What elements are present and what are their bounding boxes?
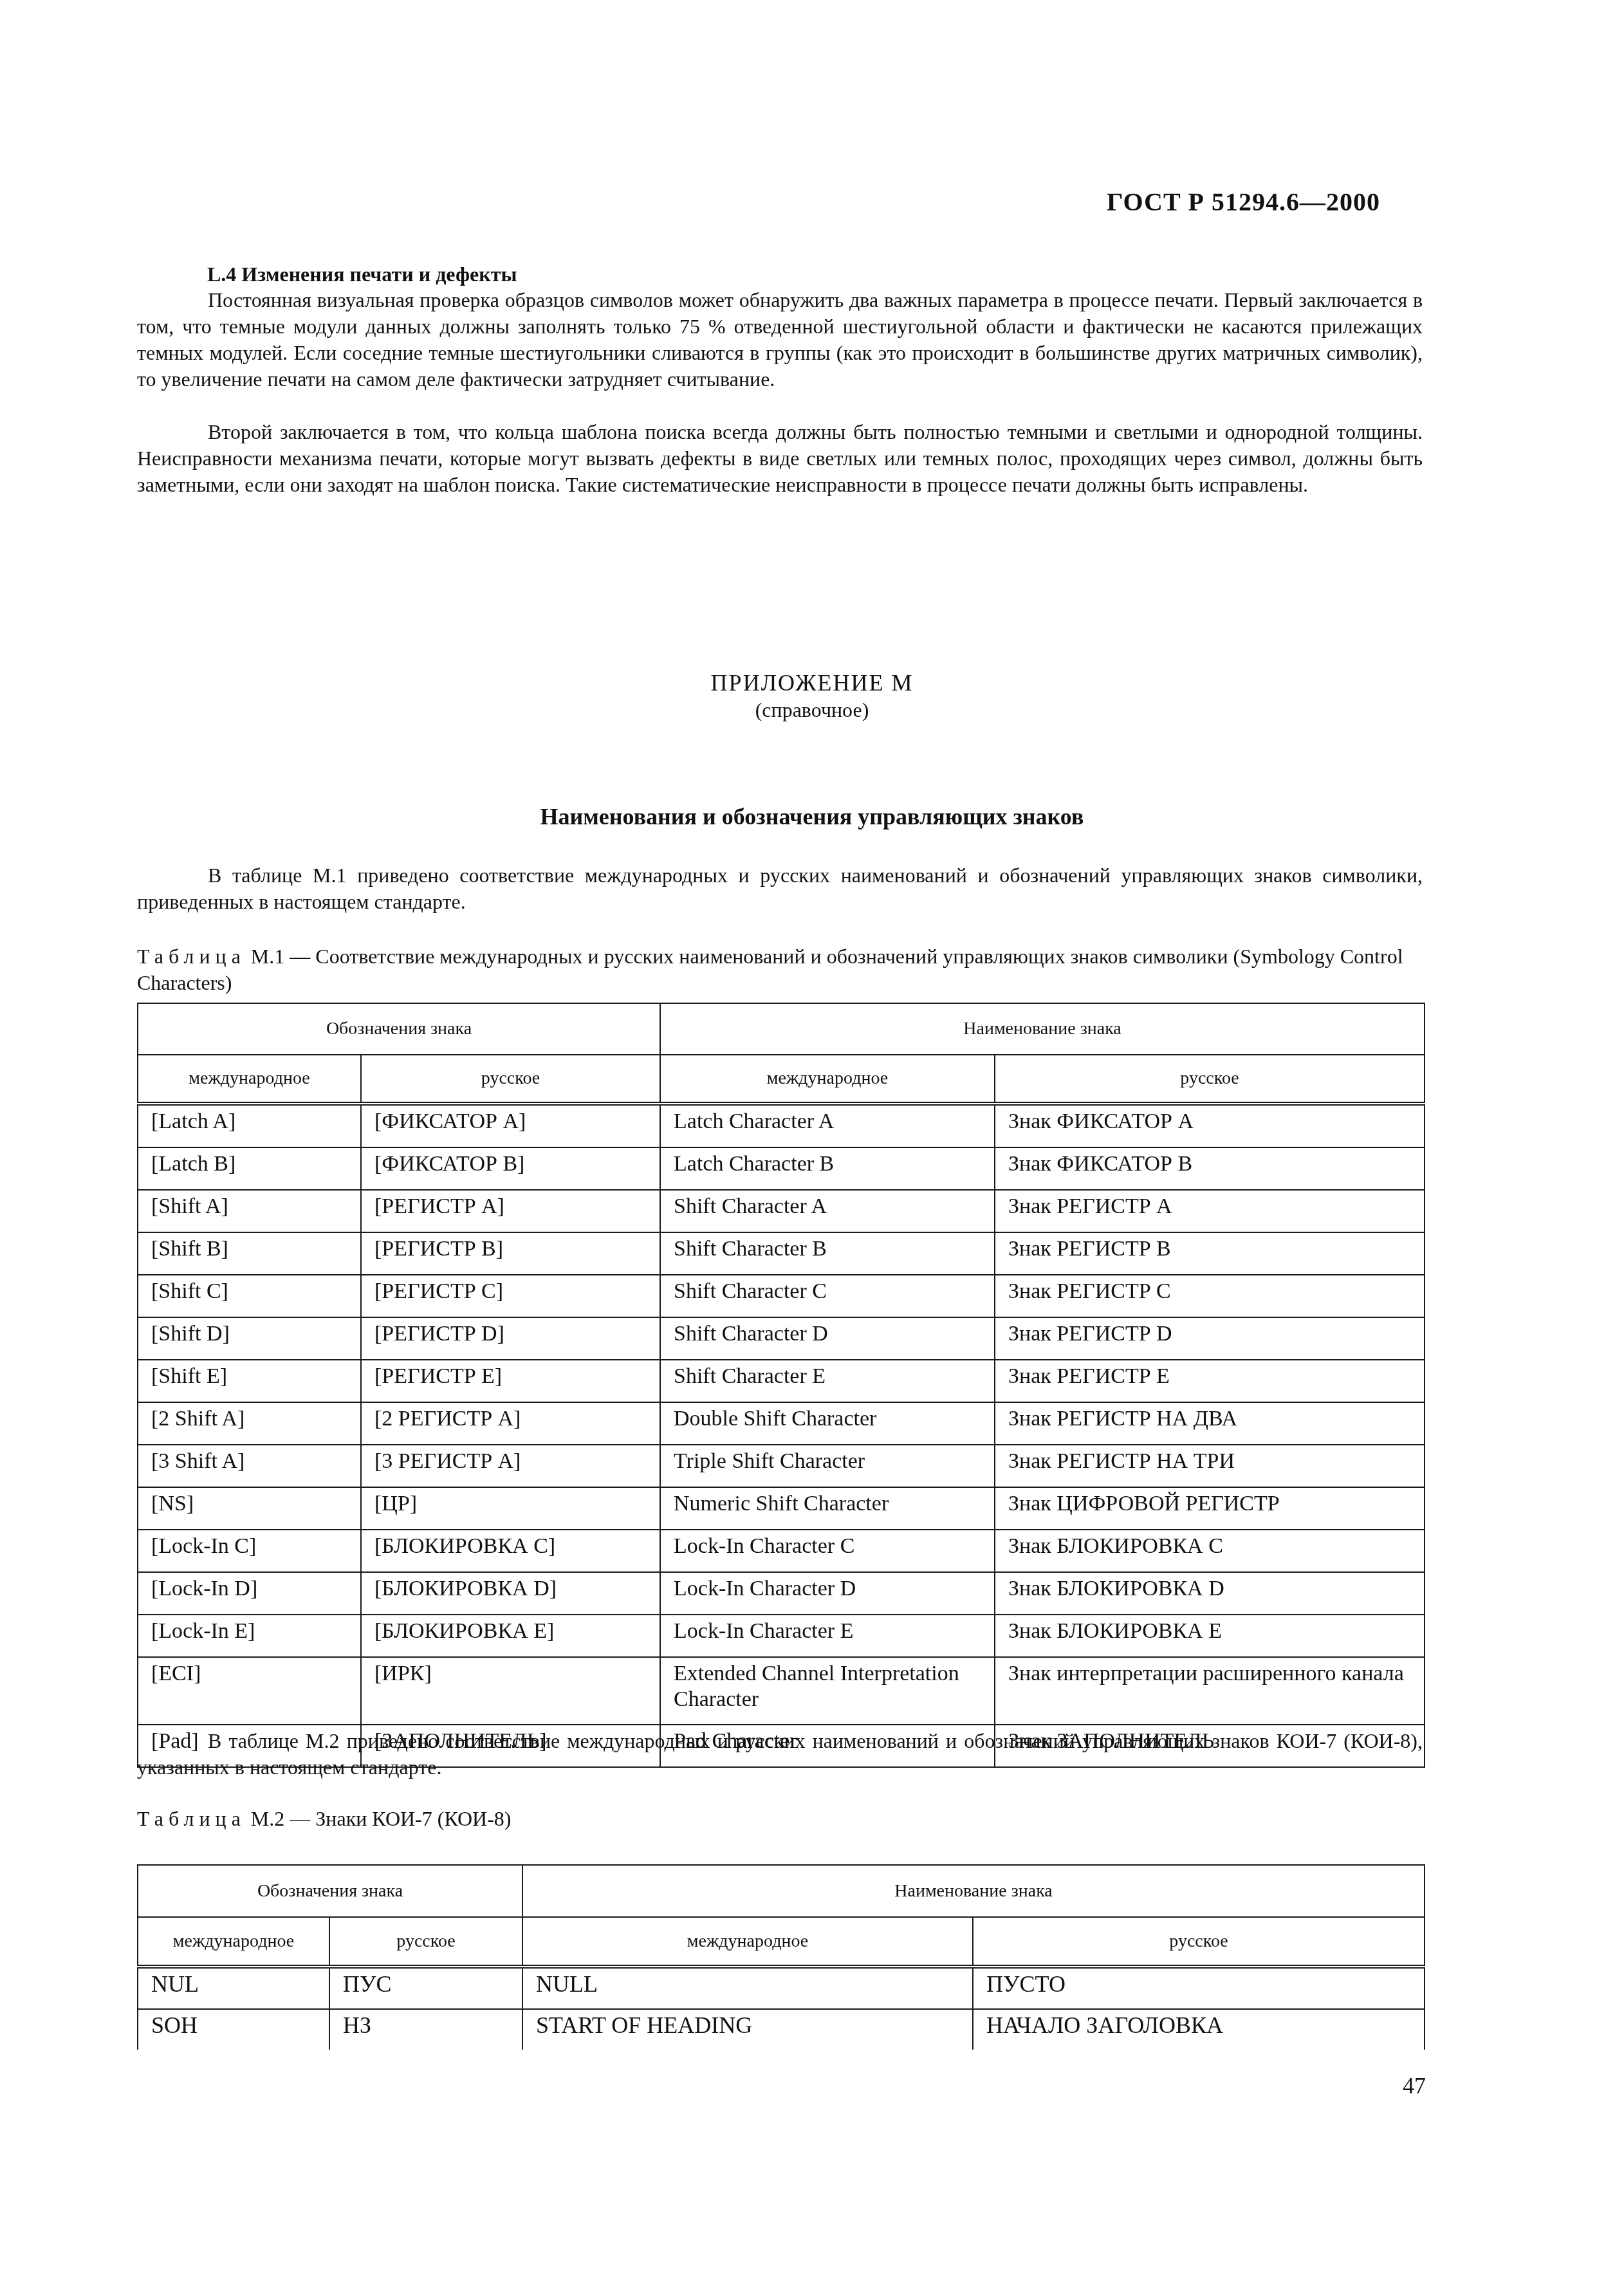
cell: Знак БЛОКИРОВКА С xyxy=(995,1530,1425,1572)
paragraph: Второй заключается в том, что кольца шаб… xyxy=(137,419,1423,498)
cell: SOH xyxy=(138,2009,329,2050)
header-cell: международное xyxy=(138,1055,361,1104)
table-row: SOHНЗSTART OF HEADINGНАЧАЛО ЗАГОЛОВКА xyxy=(138,2009,1425,2050)
cell: Shift Character A xyxy=(660,1190,995,1232)
cell: Знак РЕГИСТР НА ТРИ xyxy=(995,1445,1425,1487)
paragraph: Постоянная визуальная проверка образцов … xyxy=(137,287,1423,393)
table-row: [2 Shift A][2 РЕГИСТР А]Double Shift Cha… xyxy=(138,1402,1425,1445)
header-cell: Наименование знака xyxy=(522,1865,1425,1917)
paragraph-text: Второй заключается в том, что кольца шаб… xyxy=(137,420,1423,496)
cell: Знак ФИКСАТОР В xyxy=(995,1147,1425,1190)
cell: Знак РЕГИСТР НА ДВА xyxy=(995,1402,1425,1445)
table-row: [Shift B][РЕГИСТР В]Shift Character BЗна… xyxy=(138,1232,1425,1275)
paragraph-text: В таблице М.2 приведено соответствие меж… xyxy=(137,1729,1423,1779)
cell: Lock-In Character C xyxy=(660,1530,995,1572)
table-row: [Shift C][РЕГИСТР С]Shift Character CЗна… xyxy=(138,1275,1425,1317)
cell: Знак БЛОКИРОВКА D xyxy=(995,1572,1425,1615)
cell: Latch Character B xyxy=(660,1147,995,1190)
cell: [ФИКСАТОР А] xyxy=(361,1104,660,1147)
cell: [ECI] xyxy=(138,1657,361,1725)
cell: [Lock-In C] xyxy=(138,1530,361,1572)
cell: [NS] xyxy=(138,1487,361,1530)
table-row: [NS][ЦР]Numeric Shift CharacterЗнак ЦИФР… xyxy=(138,1487,1425,1530)
cell: [БЛОКИРОВКА С] xyxy=(361,1530,660,1572)
cell: [Shift B] xyxy=(138,1232,361,1275)
cell: [РЕГИСТР Е] xyxy=(361,1360,660,1402)
table-row: [3 Shift A][3 РЕГИСТР А]Triple Shift Cha… xyxy=(138,1445,1425,1487)
cell: [Shift C] xyxy=(138,1275,361,1317)
table-group-header: Обозначения знака Наименование знака xyxy=(138,1865,1425,1917)
cell: Lock-In Character D xyxy=(660,1572,995,1615)
table-row: [Latch A][ФИКСАТОР А]Latch Character AЗн… xyxy=(138,1104,1425,1147)
cell: Shift Character C xyxy=(660,1275,995,1317)
cell: [Lock-In D] xyxy=(138,1572,361,1615)
cell: START OF HEADING xyxy=(522,2009,973,2050)
header-cell: Обозначения знака xyxy=(138,1865,522,1917)
table-row: [Lock-In C][БЛОКИРОВКА С]Lock-In Charact… xyxy=(138,1530,1425,1572)
cell: Знак РЕГИСТР Е xyxy=(995,1360,1425,1402)
header-cell: русское xyxy=(329,1917,522,1967)
cell: Знак РЕГИСТР С xyxy=(995,1275,1425,1317)
cell: [РЕГИСТР С] xyxy=(361,1275,660,1317)
appendix-subtitle: (справочное) xyxy=(0,698,1624,722)
cell: НАЧАЛО ЗАГОЛОВКА xyxy=(973,2009,1425,2050)
cell: NULL xyxy=(522,1967,973,2009)
cell: [Shift E] xyxy=(138,1360,361,1402)
table-row: [Latch B][ФИКСАТОР В]Latch Character BЗн… xyxy=(138,1147,1425,1190)
cell: [Lock-In E] xyxy=(138,1615,361,1657)
appendix-heading: Наименования и обозначения управляющих з… xyxy=(0,803,1624,830)
cell: Extended Channel Interpretation Characte… xyxy=(660,1657,995,1725)
table-row: NULПУСNULLПУСТО xyxy=(138,1967,1425,2009)
cell: [ЦР] xyxy=(361,1487,660,1530)
koi7-characters-table: Обозначения знака Наименование знака меж… xyxy=(137,1864,1425,2050)
cell: Numeric Shift Character xyxy=(660,1487,995,1530)
cell: [3 РЕГИСТР А] xyxy=(361,1445,660,1487)
paragraph-text: Постоянная визуальная проверка образцов … xyxy=(137,288,1423,391)
cell: [БЛОКИРОВКА D] xyxy=(361,1572,660,1615)
cell: [РЕГИСТР А] xyxy=(361,1190,660,1232)
table-sub-header: международное русское международное русс… xyxy=(138,1917,1425,1967)
paragraph: В таблице М.2 приведено соответствие меж… xyxy=(137,1728,1423,1781)
cell: Shift Character B xyxy=(660,1232,995,1275)
header-cell: международное xyxy=(660,1055,995,1104)
table-row: [Lock-In D][БЛОКИРОВКА D]Lock-In Charact… xyxy=(138,1572,1425,1615)
header-cell: Наименование знака xyxy=(660,1003,1425,1055)
cell: Знак РЕГИСТР В xyxy=(995,1232,1425,1275)
cell: [Latch B] xyxy=(138,1147,361,1190)
table-row: [Shift D][РЕГИСТР D]Shift Character DЗна… xyxy=(138,1317,1425,1360)
caption-label: Таблица xyxy=(137,945,246,968)
cell: [РЕГИСТР В] xyxy=(361,1232,660,1275)
cell: ПУСТО xyxy=(973,1967,1425,2009)
cell: [Latch A] xyxy=(138,1104,361,1147)
cell: НЗ xyxy=(329,2009,522,2050)
header-cell: международное xyxy=(522,1917,973,1967)
table-row: [Shift A][РЕГИСТР А]Shift Character AЗна… xyxy=(138,1190,1425,1232)
table-row: [ECI][ИРК]Extended Channel Interpretatio… xyxy=(138,1657,1425,1725)
section-title: L.4 Изменения печати и дефекты xyxy=(207,263,517,286)
header-cell: Обозначения знака xyxy=(138,1003,660,1055)
cell: Lock-In Character E xyxy=(660,1615,995,1657)
cell: [3 Shift A] xyxy=(138,1445,361,1487)
cell: Знак РЕГИСТР А xyxy=(995,1190,1425,1232)
cell: [БЛОКИРОВКА Е] xyxy=(361,1615,660,1657)
caption-text: М.1 — Соответствие международных и русск… xyxy=(137,945,1403,994)
cell: Shift Character D xyxy=(660,1317,995,1360)
cell: [ИРК] xyxy=(361,1657,660,1725)
cell: [Shift D] xyxy=(138,1317,361,1360)
cell: NUL xyxy=(138,1967,329,2009)
cell: [2 Shift A] xyxy=(138,1402,361,1445)
control-characters-table: Обозначения знака Наименование знака меж… xyxy=(137,1003,1425,1768)
table-row: [Lock-In E][БЛОКИРОВКА Е]Lock-In Charact… xyxy=(138,1615,1425,1657)
header-cell: русское xyxy=(361,1055,660,1104)
header-cell: русское xyxy=(973,1917,1425,1967)
cell: Знак ФИКСАТОР А xyxy=(995,1104,1425,1147)
cell: Triple Shift Character xyxy=(660,1445,995,1487)
document-id: ГОСТ Р 51294.6—2000 xyxy=(1107,187,1380,217)
cell: [РЕГИСТР D] xyxy=(361,1317,660,1360)
cell: Shift Character E xyxy=(660,1360,995,1402)
caption-label: Таблица xyxy=(137,1807,246,1830)
page-number: 47 xyxy=(1403,2072,1426,2099)
cell: Знак РЕГИСТР D xyxy=(995,1317,1425,1360)
cell: [Shift A] xyxy=(138,1190,361,1232)
paragraph-text: В таблице М.1 приведено соответствие меж… xyxy=(137,864,1423,913)
header-cell: международное xyxy=(138,1917,329,1967)
header-cell: русское xyxy=(995,1055,1425,1104)
cell: ПУС xyxy=(329,1967,522,2009)
cell: Знак ЦИФРОВОЙ РЕГИСТР xyxy=(995,1487,1425,1530)
cell: Double Shift Character xyxy=(660,1402,995,1445)
table-group-header: Обозначения знака Наименование знака xyxy=(138,1003,1425,1055)
table-sub-header: международное русское международное русс… xyxy=(138,1055,1425,1104)
cell: Знак БЛОКИРОВКА Е xyxy=(995,1615,1425,1657)
cell: Знак интерпретации расширенного канала xyxy=(995,1657,1425,1725)
table-caption: Таблица М.2 — Знаки КОИ-7 (КОИ-8) xyxy=(137,1806,512,1832)
cell: Latch Character A xyxy=(660,1104,995,1147)
paragraph: В таблице М.1 приведено соответствие меж… xyxy=(137,862,1423,915)
appendix-title: ПРИЛОЖЕНИЕ М xyxy=(0,669,1624,696)
cell: [2 РЕГИСТР А] xyxy=(361,1402,660,1445)
caption-text: М.2 — Знаки КОИ-7 (КОИ-8) xyxy=(246,1807,512,1830)
cell: [ФИКСАТОР В] xyxy=(361,1147,660,1190)
table-row: [Shift E][РЕГИСТР Е]Shift Character EЗна… xyxy=(138,1360,1425,1402)
table-caption: Таблица М.1 — Соответствие международных… xyxy=(137,943,1423,996)
